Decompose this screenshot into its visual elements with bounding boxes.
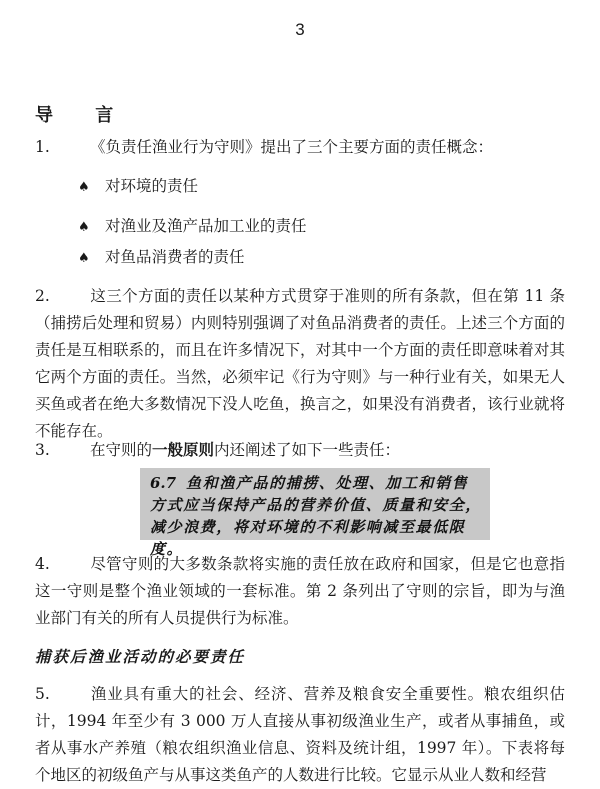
bullet-item-environment: ♠对环境的责任: [78, 176, 198, 198]
paragraph-1: 1.《负责任渔业行为守则》提出了三个主要方面的责任概念：: [35, 134, 565, 161]
bullet-text: 对鱼品消费者的责任: [105, 248, 245, 266]
page-number: 3: [0, 20, 600, 40]
paragraph-text: 尽管守则的大多数条款将实施的责任放在政府和国家，但是它也意指这一守则是整个渔业领…: [35, 555, 565, 627]
paragraph-number: 3.: [35, 437, 90, 464]
paragraph-number: 4.: [35, 551, 90, 578]
paragraph-2: 2.这三个方面的责任以某种方式贯穿于准则的所有条款，但在第 11 条（捕捞后处理…: [35, 283, 565, 445]
bullet-item-consumers: ♠对鱼品消费者的责任: [78, 247, 245, 269]
bullet-item-fisheries: ♠对渔业及渔产品加工业的责任: [78, 216, 307, 238]
paragraph-number: 1.: [35, 134, 90, 161]
spade-bullet-icon: ♠: [78, 178, 105, 198]
subsection-heading: 捕获后渔业活动的必要责任: [35, 645, 245, 667]
paragraph-5: 5.渔业具有重大的社会、经济、营养及粮食安全重要性。粮农组织估计，1994 年至…: [35, 681, 565, 789]
article-text: 鱼和渔产品的捕捞、处理、加工和销售方式应当保持产品的营养价值、质量和安全，减少浪…: [150, 474, 482, 558]
paragraph-text-before: 在守则的: [90, 441, 152, 459]
quoted-article-box: 6.7鱼和渔产品的捕捞、处理、加工和销售方式应当保持产品的营养价值、质量和安全，…: [140, 468, 490, 540]
paragraph-text: 这三个方面的责任以某种方式贯穿于准则的所有条款，但在第 11 条（捕捞后处理和贸…: [35, 287, 565, 440]
bullet-text: 对渔业及渔产品加工业的责任: [105, 217, 307, 235]
article-number: 6.7: [150, 474, 176, 492]
spade-bullet-icon: ♠: [78, 218, 105, 238]
paragraph-text: 《负责任渔业行为守则》提出了三个主要方面的责任概念：: [90, 138, 493, 156]
paragraph-text-after: 内还阐述了如下一些责任：: [214, 441, 400, 459]
paragraph-number: 5.: [35, 681, 90, 708]
section-heading: 导 言: [35, 101, 131, 127]
paragraph-4: 4.尽管守则的大多数条款将实施的责任放在政府和国家，但是它也意指这一守则是整个渔…: [35, 551, 565, 632]
bullet-text: 对环境的责任: [105, 177, 198, 195]
paragraph-3: 3.在守则的一般原则内还阐述了如下一些责任：: [35, 437, 565, 464]
paragraph-text: 渔业具有重大的社会、经济、营养及粮食安全重要性。粮农组织估计，1994 年至少有…: [35, 685, 565, 784]
general-principles-term: 一般原则: [152, 441, 214, 459]
spade-bullet-icon: ♠: [78, 249, 105, 269]
paragraph-number: 2.: [35, 283, 90, 310]
